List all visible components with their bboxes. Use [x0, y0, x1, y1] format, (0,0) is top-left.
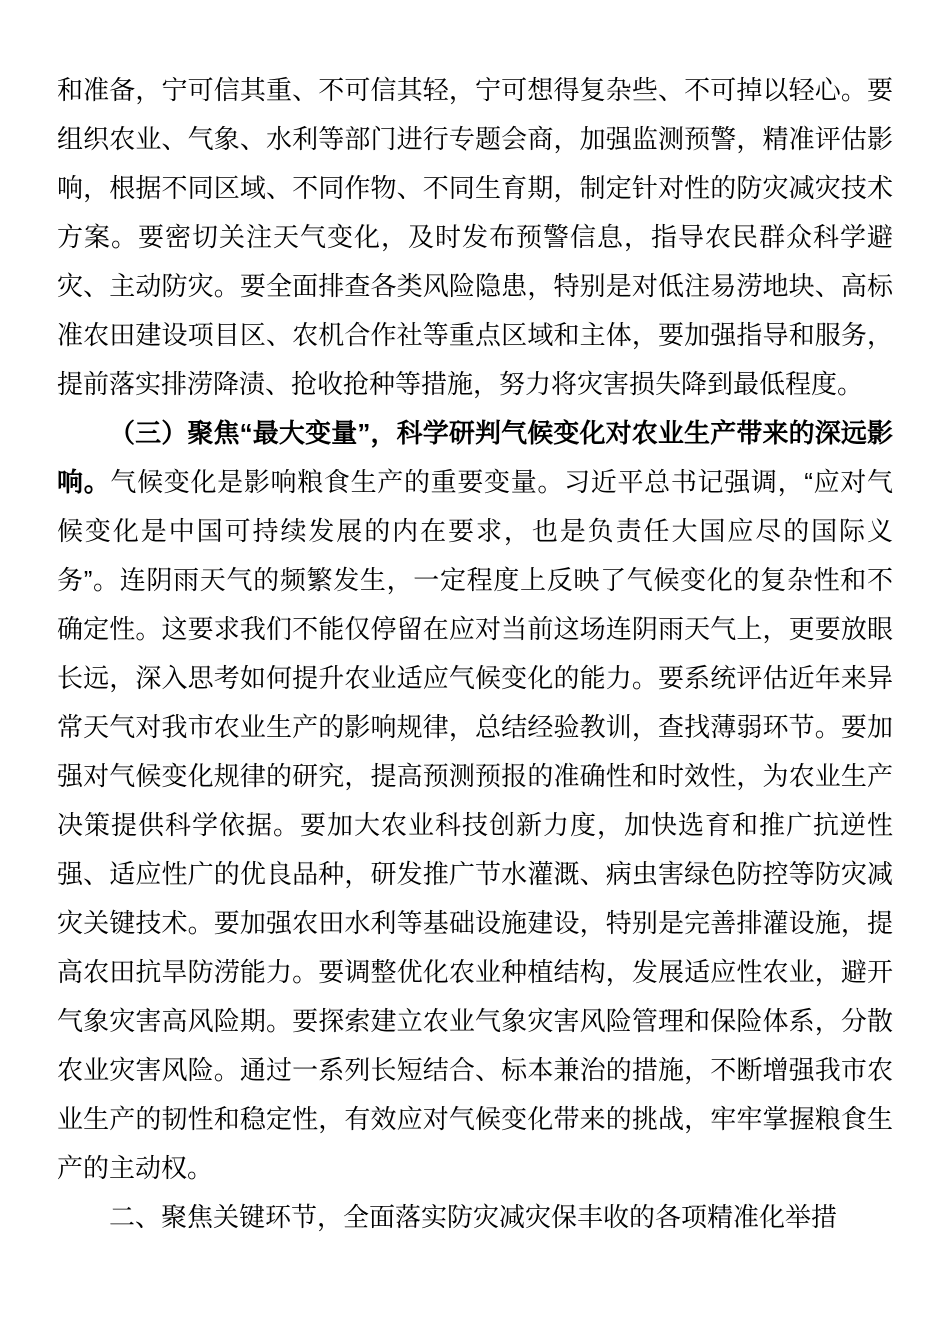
section-3-body-text: 气候变化是影响粮食生产的重要变量。习近平总书记强调，“应对气候变化是中国可持续发…	[57, 467, 893, 1183]
paragraph-section-3: （三）聚焦“最大变量”，科学研判气候变化对农业生产带来的深远影响。气候变化是影响…	[57, 409, 893, 1193]
paragraph-continuation: 和准备，宁可信其重、不可信其轻，宁可想得复杂些、不可掉以轻心。要组织农业、气象、…	[57, 66, 893, 409]
document-page: 和准备，宁可信其重、不可信其轻，宁可想得复杂些、不可掉以轻心。要组织农业、气象、…	[57, 66, 893, 1242]
section-2-heading: 二、聚焦关键环节，全面落实防灾减灾保丰收的各项精准化举措	[57, 1193, 893, 1242]
